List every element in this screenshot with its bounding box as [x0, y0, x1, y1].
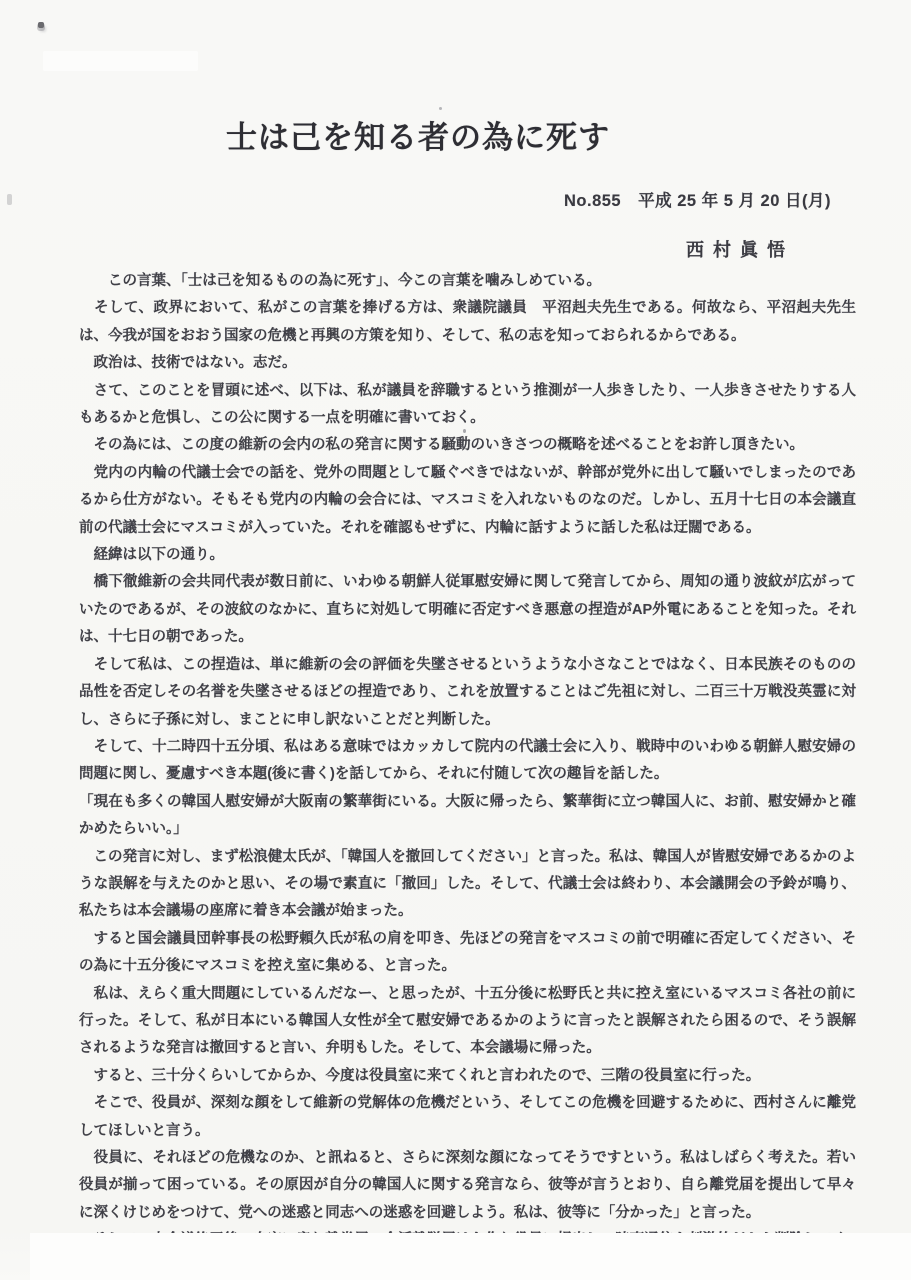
paragraph: そこで、役員が、深刻な顔をして維新の党解体の危機だという、そしてこの危機を回避す… — [79, 1090, 856, 1145]
document-title: 士は己を知る者の為に死す — [226, 120, 610, 156]
paragraph: 橋下徹維新の会共同代表が数日前に、いわゆる朝鮮人従軍慰安婦に関して発言してから、… — [79, 569, 856, 651]
document-body: この言葉、「士は己を知るものの為に死す」、今この言葉を噛みしめている。 そして、… — [79, 268, 856, 1255]
paragraph: さて、このことを冒頭に述べ、以下は、私が議員を辞職するという推測が一人歩きしたり… — [79, 378, 856, 433]
issue-number-and-date: No.855 平成 25 年 5 月 20 日(月) — [564, 187, 831, 211]
paragraph: この発言に対し、まず松浪健太氏が、「韓国人を撤回してください」と言った。私は、韓… — [79, 844, 856, 926]
paragraph: この言葉、「士は己を知るものの為に死す」、今この言葉を噛みしめている。 — [79, 268, 856, 295]
scan-light-band — [43, 51, 198, 71]
paragraph: その為には、この度の維新の会内の私の発言に関する騒動のいきさつの概略を述べること… — [79, 432, 856, 459]
paragraph: そして、十二時四十五分頃、私はある意味ではカッカして院内の代議士会に入り、戦時中… — [79, 734, 856, 789]
paragraph: そして私は、この捏造は、単に維新の会の評価を失墜させるというような小さなことでは… — [79, 652, 856, 734]
paragraph: 私は、えらく重大問題にしているんだなー、と思ったが、十五分後に松野氏と共に控え室… — [79, 981, 856, 1063]
paragraph: 「現在も多くの韓国人慰安婦が大阪南の繁華街にいる。大阪に帰ったら、繁華街に立つ韓… — [79, 789, 856, 844]
paragraph: そして、政界において、私がこの言葉を捧げる方は、衆議院議員 平沼赳夫先生である。… — [79, 295, 856, 350]
scan-bottom-edge — [30, 1233, 911, 1280]
paragraph: すると、三十分くらいしてからか、今度は役員室に来てくれと言われたので、三階の役員… — [79, 1063, 856, 1090]
scan-speck — [439, 107, 442, 110]
scan-speck — [38, 22, 44, 28]
paragraph: すると国会議員団幹事長の松野頼久氏が私の肩を叩き、先ほどの発言をマスコミの前で明… — [79, 926, 856, 981]
paragraph: 経緯は以下の通り。 — [79, 542, 856, 569]
scan-speck — [7, 194, 12, 205]
paragraph: 党内の内輪の代議士会での話を、党外の問題として騒ぐべきではないが、幹部が党外に出… — [79, 460, 856, 542]
paragraph: 政治は、技術ではない。志だ。 — [79, 350, 856, 377]
author-name: 西 村 眞 悟 — [686, 236, 787, 262]
scanned-document-page: 士は己を知る者の為に死す No.855 平成 25 年 5 月 20 日(月) … — [0, 0, 911, 1280]
paragraph: 役員に、それほどの危機なのか、と訊ねると、さらに深刻な顔になってそうですという。… — [79, 1145, 856, 1227]
